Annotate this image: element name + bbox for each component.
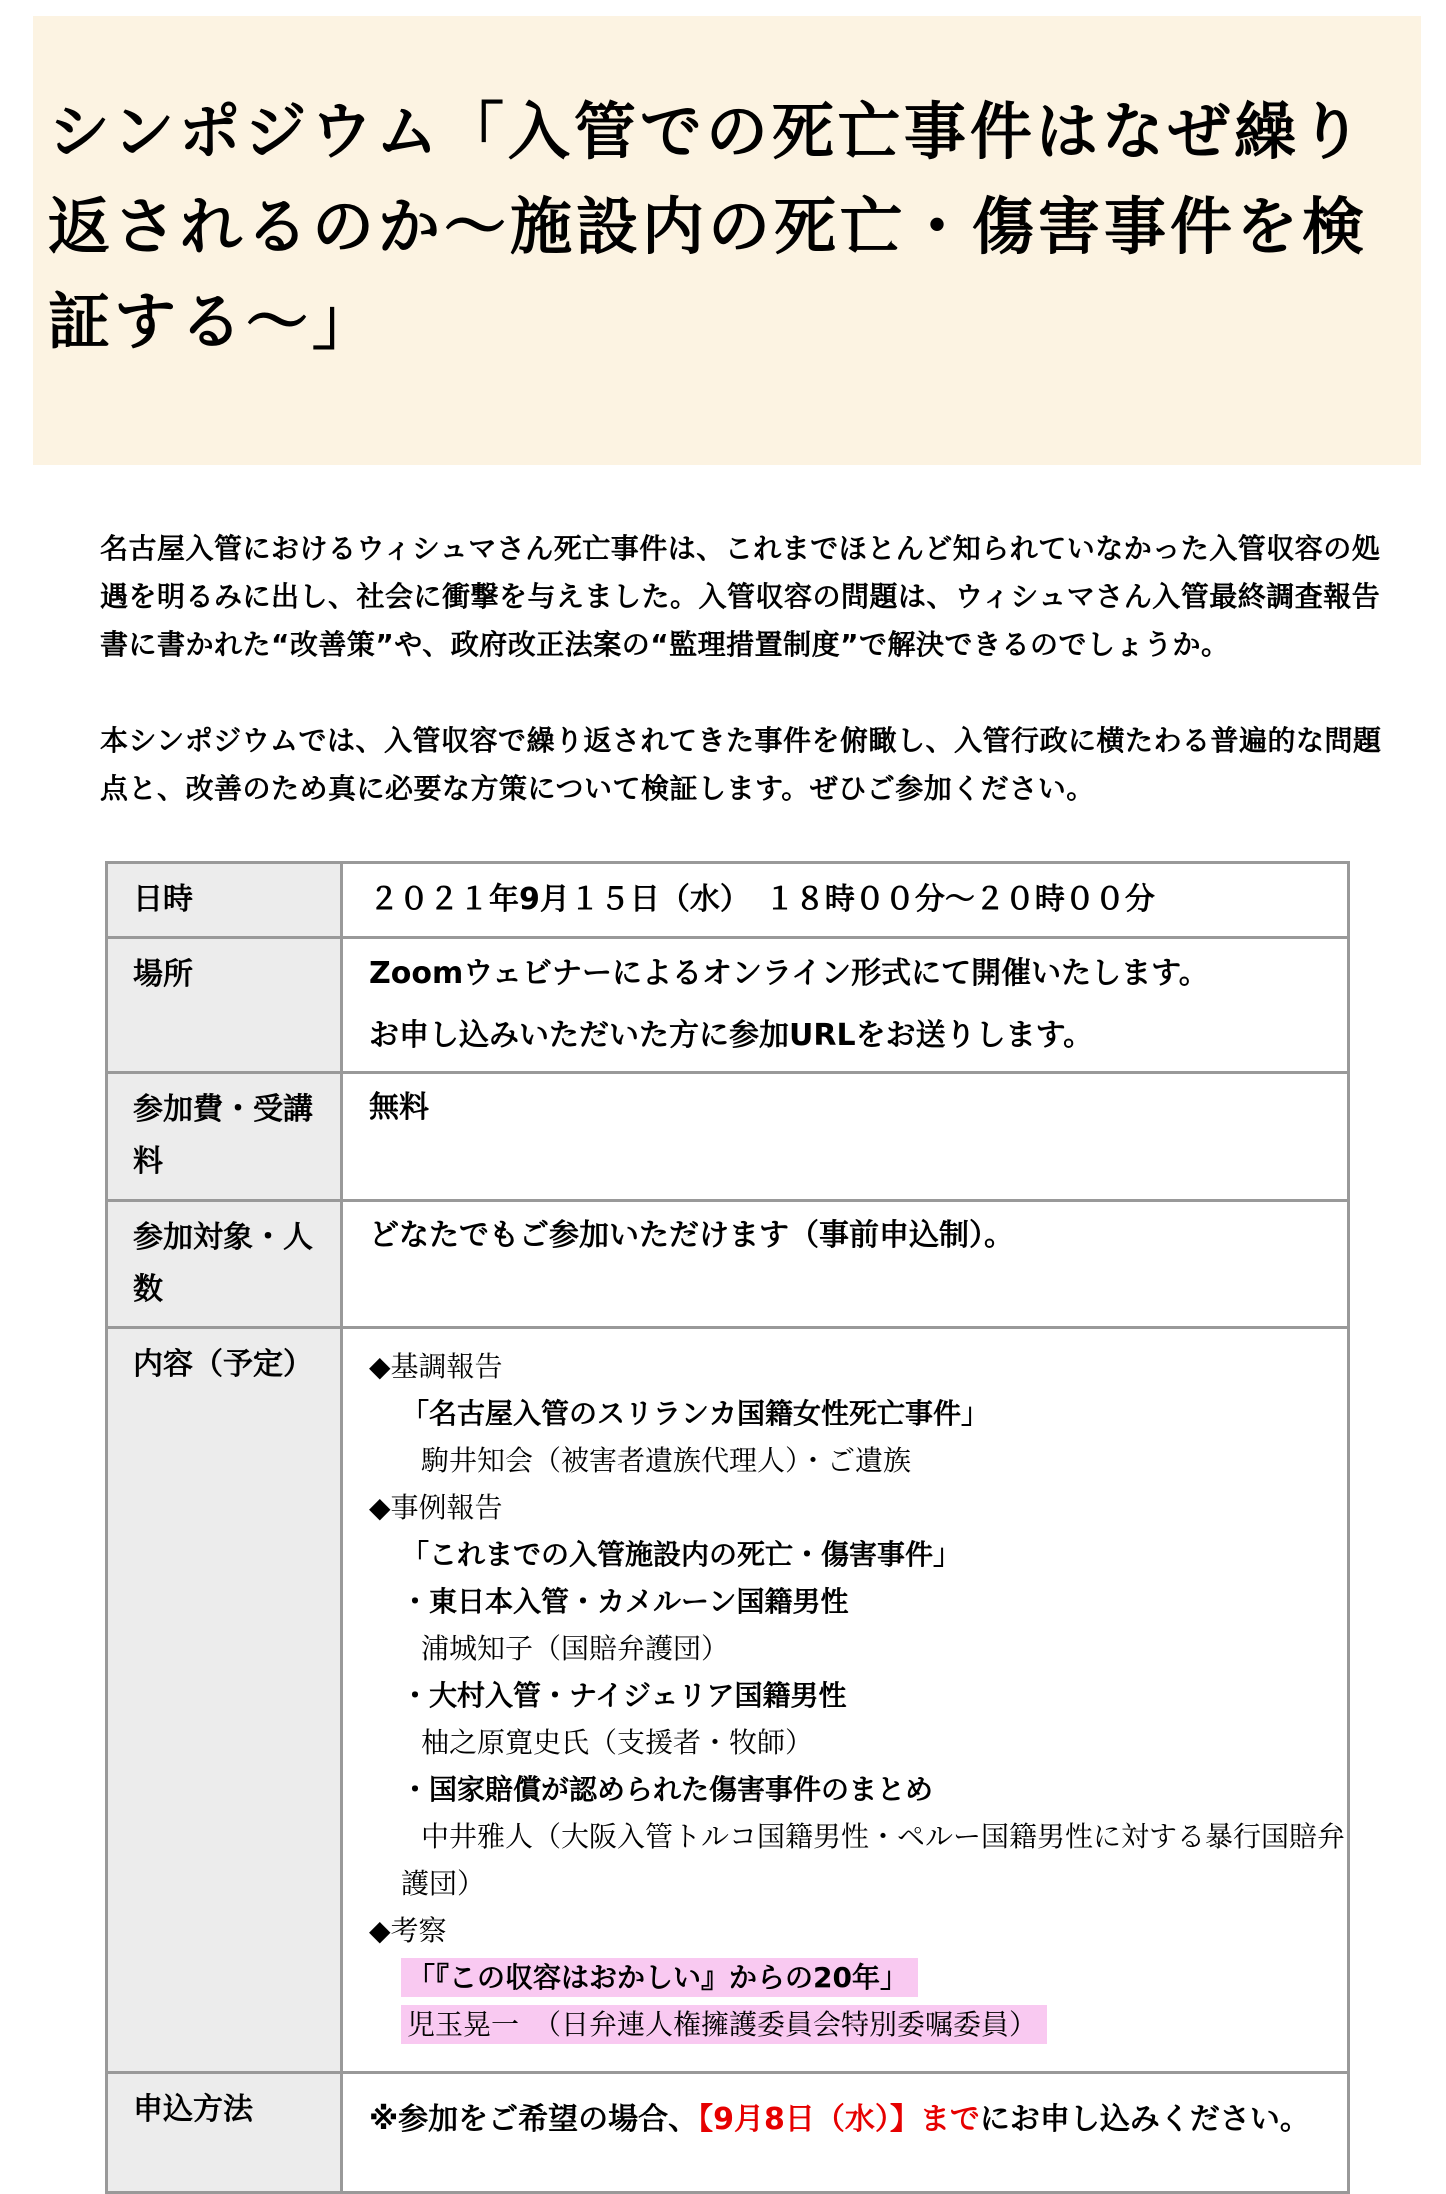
apply-suffix-text: にお申し込みください。	[980, 2102, 1310, 2137]
row-label-audience: 参加対象・人数	[107, 1201, 342, 1328]
intro-paragraph-2: 本シンポジウムでは、入管収容で繰り返されてきた事件を俯瞰し、入管行政に横たわる普…	[100, 717, 1386, 813]
program-line: ◆考察	[369, 1907, 1327, 1954]
program-line: ◆事例報告	[369, 1484, 1327, 1531]
table-row-program: 内容（予定） ◆基調報告 「名古屋入管のスリランカ国籍女性死亡事件」 駒井知会（…	[107, 1328, 1349, 2073]
program-line: 護団）	[401, 1860, 1327, 1907]
intro-paragraph-2-line: 本シンポジウムでは、入管収容で繰り返されてきた事件を俯瞰し、入管行政に横たわる普…	[100, 717, 1386, 765]
intro-section: 名古屋入管におけるウィシュマさん死亡事件は、これまでほとんど知られていなかった入…	[100, 525, 1386, 813]
page-title-line-1: シンポジウム「入管での死亡事件はなぜ繰り	[48, 84, 1391, 179]
intro-paragraph-1-line: 書に書かれた“改善策”や、政府改正法案の“監理措置制度”で解決できるのでしょうか…	[100, 621, 1386, 669]
row-label-program: 内容（予定）	[107, 1328, 342, 2073]
row-label-apply: 申込方法	[107, 2073, 342, 2193]
table-row-place: 場所 Zoomウェビナーによるオンライン形式にて開催いたします。 お申し込みいた…	[107, 938, 1349, 1073]
row-value-apply: ※参加をご希望の場合、【9月8日（水）】までにお申し込みください。	[342, 2073, 1349, 2193]
event-info-table: 日時 ２０２１年9月１５日（水） １８時００分～２０時００分 場所 Zoomウェ…	[105, 861, 1350, 2194]
intro-paragraph-2-line: 点と、改善のため真に必要な方策について検証します。ぜひご参加ください。	[100, 765, 1386, 813]
place-line: Zoomウェビナーによるオンライン形式にて開催いたします。	[369, 943, 1327, 1005]
place-line: お申し込みいただいた方に参加URLをお送りします。	[369, 1005, 1327, 1067]
table-row-fee: 参加費・受講料 無料	[107, 1073, 1349, 1201]
program-line-highlighted: 児玉晃一 （日弁連人権擁護委員会特別委嘱委員）	[401, 2001, 1327, 2048]
row-label-place: 場所	[107, 938, 342, 1073]
program-line: ・大村入管・ナイジェリア国籍男性	[401, 1672, 1327, 1719]
row-label-datetime: 日時	[107, 863, 342, 938]
row-value-program: ◆基調報告 「名古屋入管のスリランカ国籍女性死亡事件」 駒井知会（被害者遺族代理…	[342, 1328, 1349, 2073]
title-banner: シンポジウム「入管での死亡事件はなぜ繰り 返されるのか～施設内の死亡・傷害事件を…	[33, 16, 1421, 465]
highlight-text: 「『この収容はおかしい』からの20年」	[401, 1958, 918, 1997]
table-row-datetime: 日時 ２０２１年9月１５日（水） １８時００分～２０時００分	[107, 863, 1349, 938]
deadline-text: 【9月8日（水）】まで	[698, 2102, 980, 2137]
row-value-fee: 無料	[342, 1073, 1349, 1201]
program-line-highlighted: 「『この収容はおかしい』からの20年」	[401, 1954, 1327, 2001]
program-line: 「これまでの入管施設内の死亡・傷害事件」	[401, 1531, 1327, 1578]
page-title-line-2: 返されるのか～施設内の死亡・傷害事件を検	[48, 179, 1391, 274]
page: シンポジウム「入管での死亡事件はなぜ繰り 返されるのか～施設内の死亡・傷害事件を…	[0, 0, 1446, 2194]
row-value-datetime: ２０２１年9月１５日（水） １８時００分～２０時００分	[342, 863, 1349, 938]
row-value-audience: どなたでもご参加いただけます（事前申込制）。	[342, 1201, 1349, 1328]
table-row-audience: 参加対象・人数 どなたでもご参加いただけます（事前申込制）。	[107, 1201, 1349, 1328]
program-line: ・国家賠償が認められた傷害事件のまとめ	[401, 1766, 1327, 1813]
program-line: ◆基調報告	[369, 1343, 1327, 1390]
page-title: シンポジウム「入管での死亡事件はなぜ繰り 返されるのか～施設内の死亡・傷害事件を…	[48, 84, 1391, 369]
intro-paragraph-1: 名古屋入管におけるウィシュマさん死亡事件は、これまでほとんど知られていなかった入…	[100, 525, 1386, 669]
program-line: 浦城知子（国賠弁護団）	[421, 1625, 1327, 1672]
intro-paragraph-1-line: 名古屋入管におけるウィシュマさん死亡事件は、これまでほとんど知られていなかった入…	[100, 525, 1386, 573]
program-line: 駒井知会（被害者遺族代理人）・ご遺族	[421, 1437, 1327, 1484]
program-line: 「名古屋入管のスリランカ国籍女性死亡事件」	[401, 1390, 1327, 1437]
intro-paragraph-1-line: 遇を明るみに出し、社会に衝撃を与えました。入管収容の問題は、ウィシュマさん入管最…	[100, 573, 1386, 621]
program-line: 中井雅人（大阪入管トルコ国籍男性・ペルー国籍男性に対する暴行国賠弁	[421, 1813, 1327, 1860]
row-value-place: Zoomウェビナーによるオンライン形式にて開催いたします。 お申し込みいただいた…	[342, 938, 1349, 1073]
highlight-text: 児玉晃一 （日弁連人権擁護委員会特別委嘱委員）	[401, 2005, 1047, 2044]
program-line: 柚之原寛史氏（支援者・牧師）	[421, 1719, 1327, 1766]
table-row-apply: 申込方法 ※参加をご希望の場合、【9月8日（水）】までにお申し込みください。	[107, 2073, 1349, 2193]
apply-prefix-text: ※参加をご希望の場合、	[369, 2102, 698, 2137]
row-label-fee: 参加費・受講料	[107, 1073, 342, 1201]
page-title-line-3: 証する～」	[48, 274, 1391, 369]
program-line: ・東日本入管・カメルーン国籍男性	[401, 1578, 1327, 1625]
